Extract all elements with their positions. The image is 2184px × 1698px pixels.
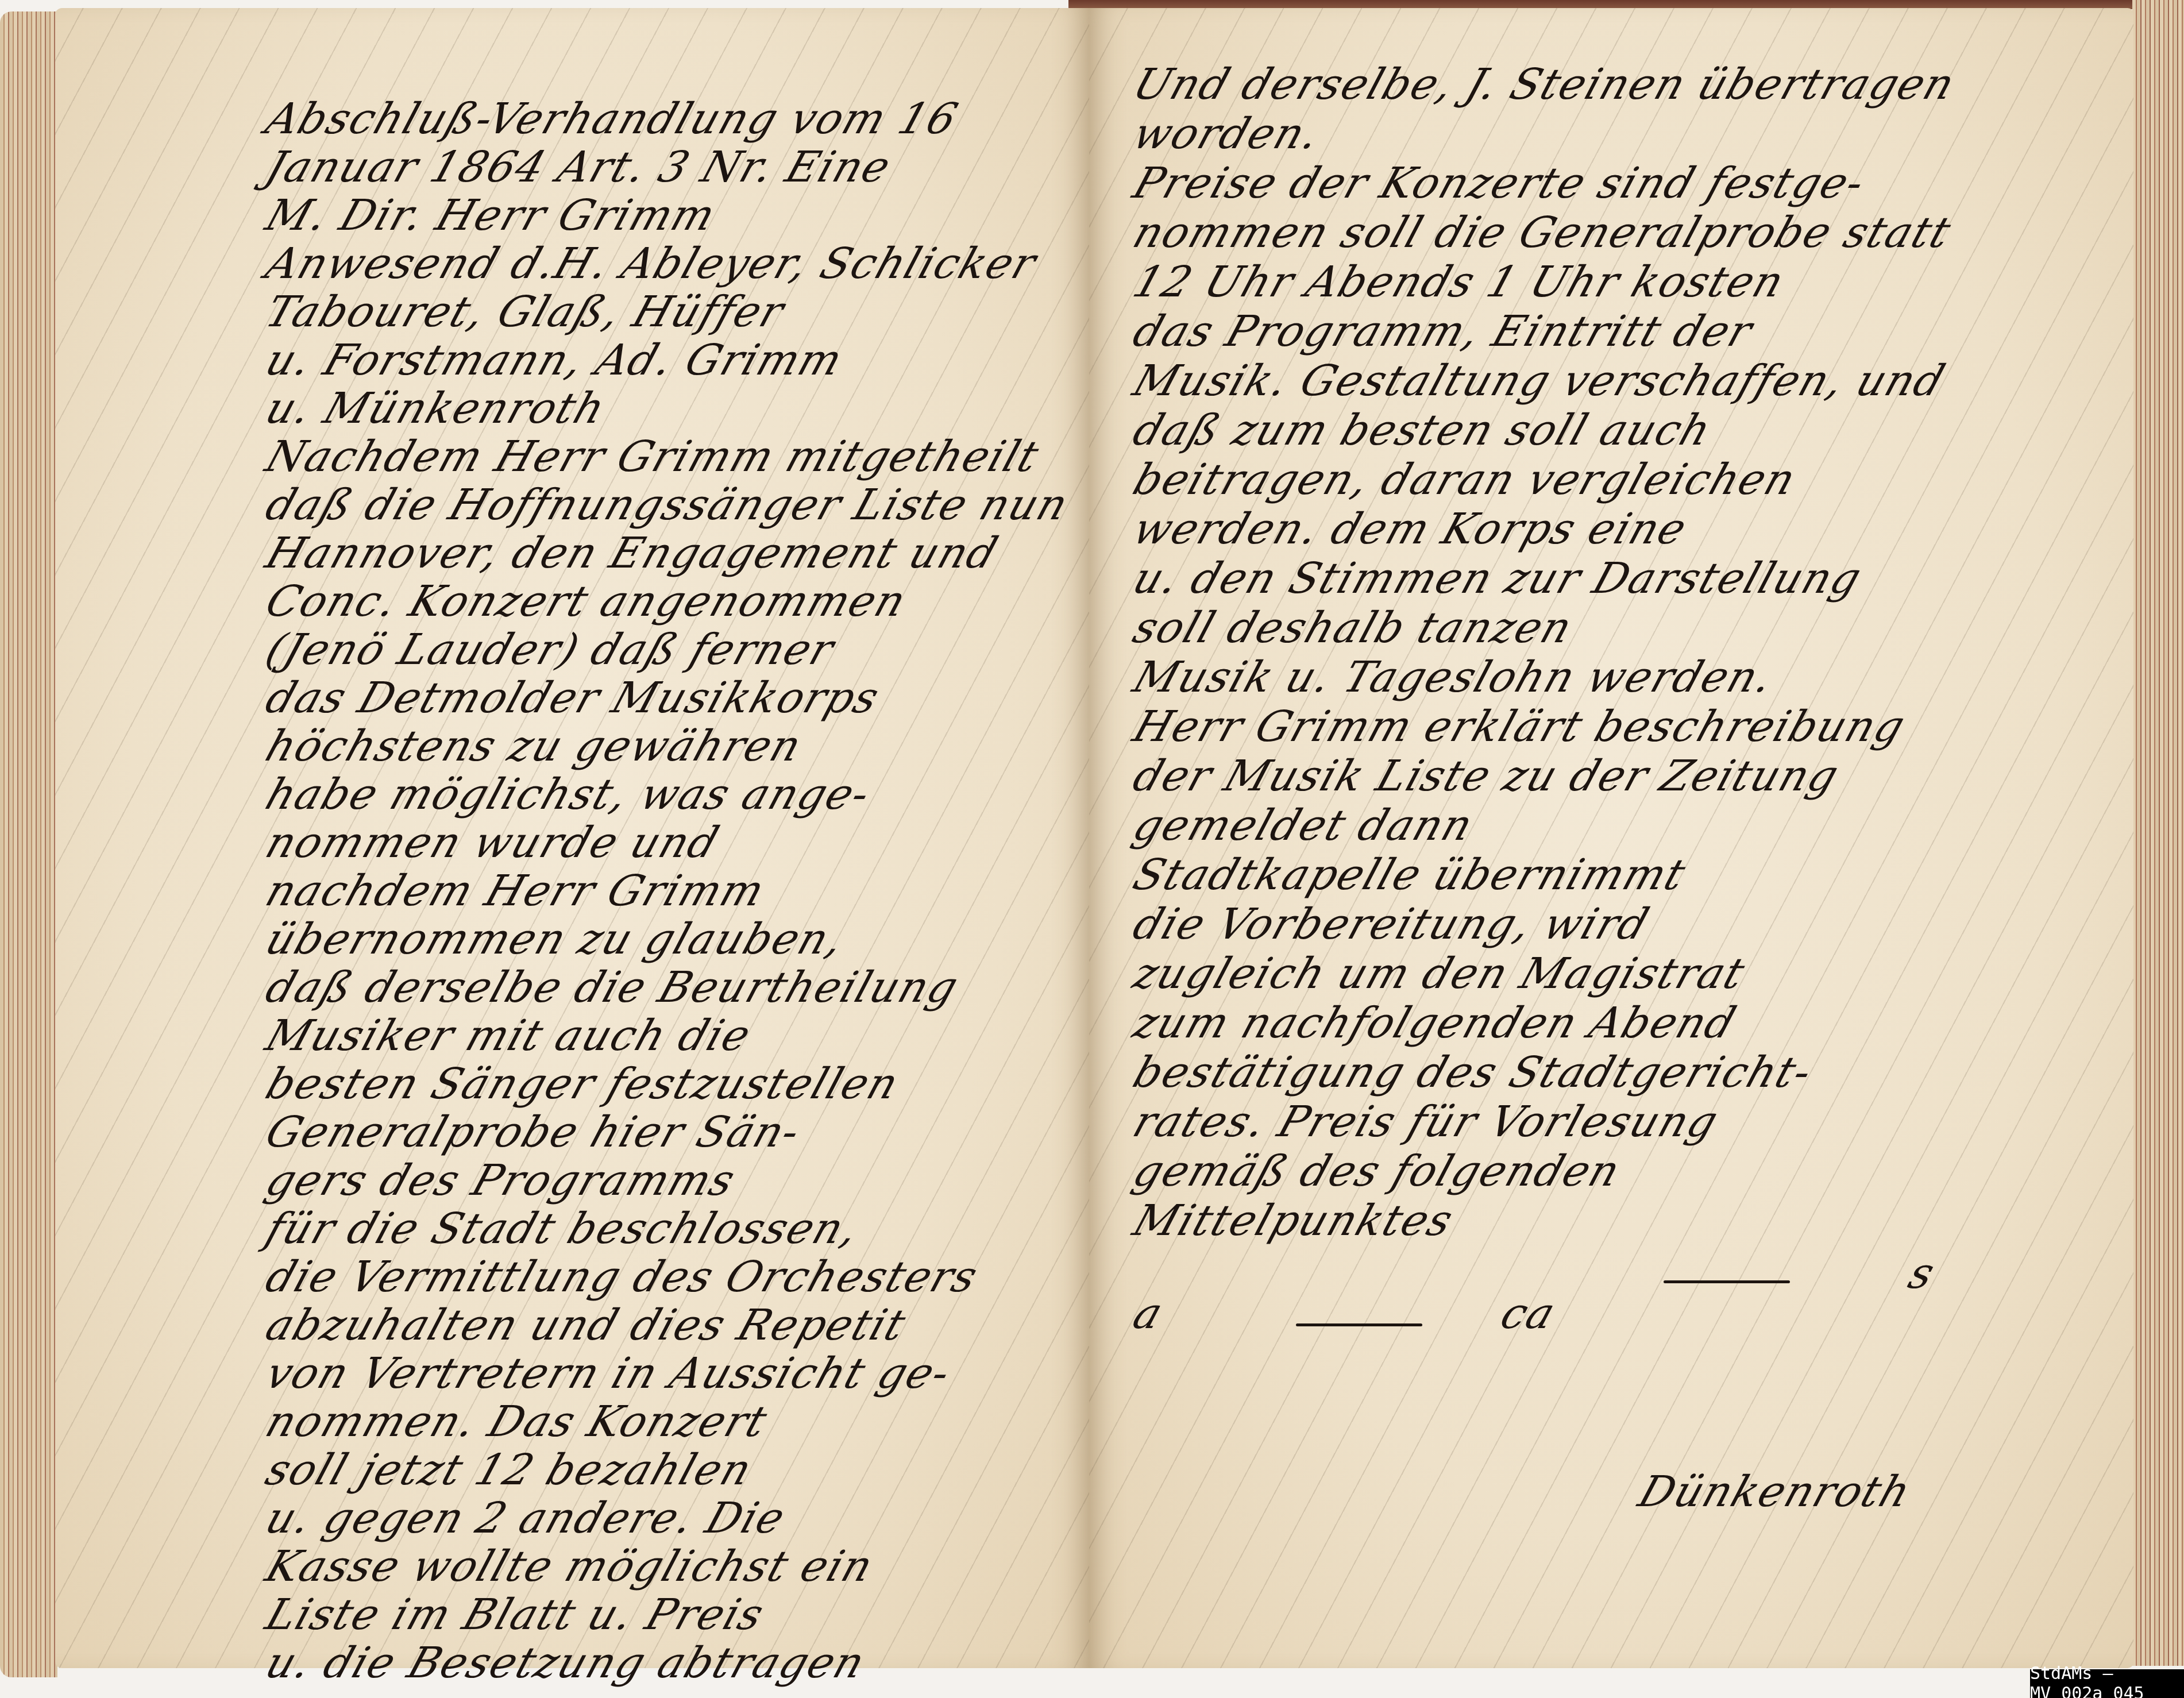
handwritten-line: 12 Uhr Abends 1 Uhr kosten [1127,257,1791,307]
handwritten-line: abzuhalten und dies Repetit [260,1300,913,1350]
handwritten-line: besten Sänger festzustellen [260,1059,905,1109]
handwritten-line: der Musik Liste zu der Zeitung [1127,751,1846,801]
handwritten-line: nachdem Herr Grimm [260,866,771,916]
dash-mark [1296,1323,1422,1326]
handwritten-line: Generalprobe hier Sän- [260,1107,807,1157]
handwritten-line: nommen. Das Konzert [260,1397,774,1446]
handwritten-line: M. Dir. Herr Grimm [260,191,722,240]
handwritten-line: zugleich um den Magistrat [1127,949,1751,998]
handwritten-line: gers des Programms [260,1156,742,1205]
handwritten-line: soll deshalb tanzen [1127,603,1579,653]
handwritten-line: höchstens zu gewähren [260,721,808,771]
dash-mark [1664,1280,1790,1283]
handwritten-line: soll jetzt 12 bezahlen [260,1445,759,1495]
left-page: Abschluß-Verhandlung vom 16Januar 1864 A… [55,8,1089,1668]
handwritten-line: u. Forstmann, Ad. Grimm [260,335,850,385]
handwritten-line: nommen soll die Generalprobe statt [1127,208,1958,257]
handwritten-line: gemäß des folgenden [1127,1147,1627,1196]
handwritten-line: Stadtkapelle übernimmt [1127,850,1692,900]
handwritten-line: daß derselbe die Beurtheilung [260,963,965,1012]
handwritten-line: die Vermittlung des Orchesters [260,1252,985,1302]
handwritten-line: das Detmolder Musikkorps [260,673,886,723]
handwritten-line: Nachdem Herr Grimm mitgetheilt [260,432,1045,481]
handwritten-line: bestätigung des Stadtgericht- [1127,1048,1819,1097]
handwritten-line: Tabouret, Glaß, Hüffer [260,287,791,337]
handwritten-line: Musiker mit auch die [260,1011,758,1060]
page-stack-right [2132,0,2184,1666]
handwritten-line: Musik u. Tageslohn werden. [1127,653,1780,702]
handwritten-line: worden. [1127,109,1327,159]
page-stack-left [0,11,57,1677]
handwritten-line: werden. dem Korps eine [1127,504,1693,554]
handwritten-line: das Programm, Eintritt der [1127,307,1759,356]
handwritten-line: u. die Besetzung abtragen [260,1638,871,1688]
handwritten-line: Herr Grimm erklärt beschreibung [1127,702,1912,751]
handwritten-line: Anwesend d.H. Ableyer, Schlicker [260,239,1043,288]
signature: Dünkenroth [1633,1467,1917,1516]
handwritten-line: Hannover, den Engagement und [260,528,1005,578]
handwritten-line: Liste im Blatt u. Preis [260,1590,771,1639]
handwritten-line: u. den Stimmen zur Darstellung [1127,554,1868,603]
closing-mark: a [1127,1289,1170,1338]
handwritten-line: rates. Preis für Vorlesung [1127,1097,1725,1147]
handwritten-line: die Vorbereitung, wird [1127,900,1656,949]
handwritten-line: nommen wurde und [260,818,726,867]
handwritten-line: daß zum besten soll auch [1127,406,1718,455]
handwritten-line: zum nachfolgenden Abend [1127,998,1743,1048]
handwritten-line: habe möglichst, was ange- [260,770,877,819]
handwritten-line: Januar 1864 Art. 3 Nr. Eine [260,142,897,192]
open-book-scan: Abschluß-Verhandlung vom 16Januar 1864 A… [0,0,2184,1698]
handwritten-line: u. gegen 2 andere. Die [260,1494,792,1543]
handwritten-line: beitragen, daran vergleichen [1127,455,1803,504]
handwritten-line: daß die Hoffnungssänger Liste nun [260,480,1075,530]
handwritten-line: gemeldet dann [1127,801,1480,850]
handwritten-line: übernommen zu glauben, [260,914,851,964]
handwritten-line: Mittelpunktes [1127,1196,1460,1245]
handwritten-line: Conc. Konzert angenommen [260,577,913,626]
archive-label: StdAMs – MV_002a_045 [2030,1669,2184,1698]
handwritten-line: (Jenö Lauder) daß ferner [260,625,841,674]
handwritten-line: Abschluß-Verhandlung vom 16 [260,94,964,144]
handwritten-line: u. Münkenroth [260,384,612,433]
closing-mark: s [1903,1249,1942,1298]
closing-mark: ca [1495,1289,1562,1338]
right-page: Und derselbe, J. Steinen übertragenworde… [1089,8,2133,1668]
handwritten-line: Und derselbe, J. Steinen übertragen [1127,60,1962,109]
handwritten-line: Kasse wollte möglichst ein [260,1542,880,1591]
handwritten-line: von Vertretern in Aussicht ge- [260,1349,957,1398]
handwritten-line: für die Stadt beschlossen, [260,1204,866,1253]
handwritten-line: Preise der Konzerte sind festge- [1127,159,1872,208]
handwritten-line: Musik. Gestaltung verschaffen, und [1127,356,1951,406]
